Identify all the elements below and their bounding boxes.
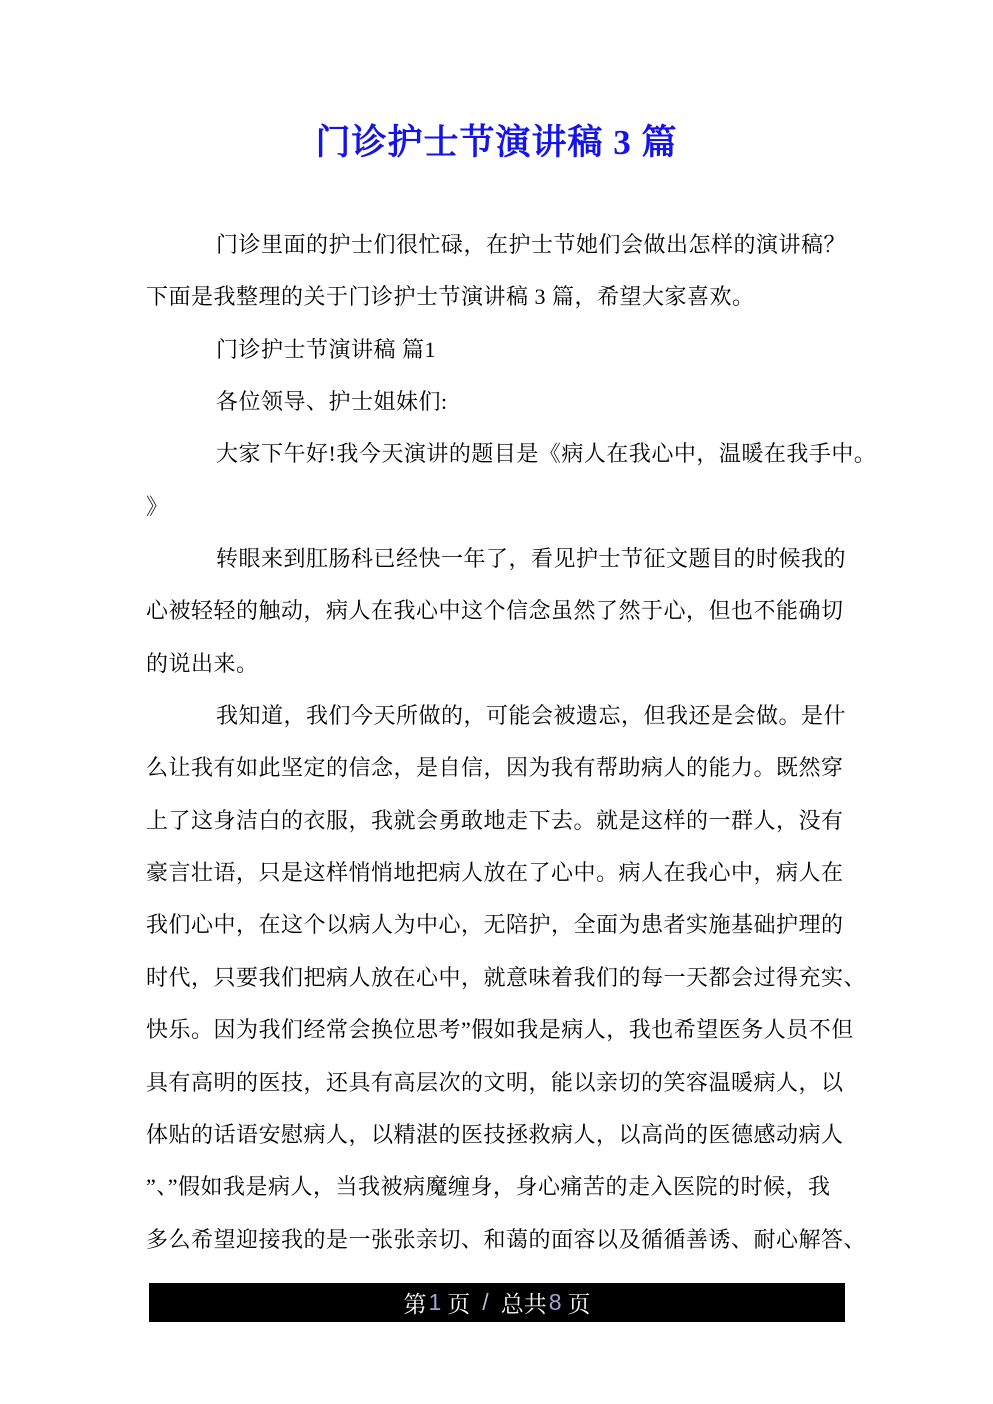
text-line: ”、”假如我是病人，当我被病魔缠身，身心痛苦的走入医院的时候，我	[146, 1161, 846, 1213]
text-line: 各位领导、护士姐妹们:	[146, 376, 846, 428]
text-line: 我知道，我们今天所做的，可能会被遗忘，但我还是会做。是什	[146, 690, 846, 742]
text-line: 》	[146, 481, 846, 533]
footer-pagination-bar: 第1页/总共8页	[149, 1283, 845, 1322]
text-line: 豪言壮语，只是这样悄悄地把病人放在了心中。病人在我心中，病人在	[146, 847, 846, 899]
text-line: 时代，只要我们把病人放在心中，就意味着我们的每一天都会过得充实、	[146, 952, 846, 1004]
text-line: 上了这身洁白的衣服，我就会勇敢地走下去。就是这样的一群人，没有	[146, 795, 846, 847]
text-line: 门诊护士节演讲稿 篇1	[146, 324, 846, 376]
total-pages-number: 8	[547, 1289, 564, 1316]
footer-page-prefix: 第	[404, 1286, 427, 1319]
document-page: 门诊护士节演讲稿 3 篇 门诊里面的护士们很忙碌，在护士节她们会做出怎样的演讲稿…	[0, 0, 993, 1404]
text-line: 的说出来。	[146, 638, 846, 690]
text-line: 我们心中，在这个以病人为中心，无陪护，全面为患者实施基础护理的	[146, 899, 846, 951]
text-line: 大家下午好!我今天演讲的题目是《病人在我心中，温暖在我手中。	[146, 428, 846, 480]
text-line: 多么希望迎接我的是一张张亲切、和蔼的面容以及循循善诱、耐心解答、	[146, 1214, 846, 1266]
current-page-number: 1	[427, 1289, 444, 1316]
footer-separator: /	[482, 1289, 488, 1316]
document-body: 门诊里面的护士们很忙碌，在护士节她们会做出怎样的演讲稿？下面是我整理的关于门诊护…	[146, 219, 846, 1266]
text-line: 快乐。因为我们经常会换位思考”假如我是病人，我也希望医务人员不但	[146, 1004, 846, 1056]
text-line: 么让我有如此坚定的信念，是自信，因为我有帮助病人的能力。既然穿	[146, 742, 846, 794]
footer-total-label: 总共	[501, 1286, 547, 1319]
page-title: 门诊护士节演讲稿 3 篇	[0, 121, 993, 165]
text-line: 体贴的话语安慰病人，以精湛的医技拯救病人，以高尚的医德感动病人	[146, 1109, 846, 1161]
text-line: 门诊里面的护士们很忙碌，在护士节她们会做出怎样的演讲稿？	[146, 219, 846, 271]
text-line: 转眼来到肛肠科已经快一年了，看见护士节征文题目的时候我的	[146, 533, 846, 585]
text-line: 心被轻轻的触动，病人在我心中这个信念虽然了然于心，但也不能确切	[146, 585, 846, 637]
footer-page-unit: 页	[567, 1286, 590, 1319]
text-line: 具有高明的医技，还具有高层次的文明，能以亲切的笑容温暖病人，以	[146, 1057, 846, 1109]
text-line: 下面是我整理的关于门诊护士节演讲稿 3 篇，希望大家喜欢。	[146, 271, 846, 323]
footer-page-unit: 页	[447, 1286, 470, 1319]
